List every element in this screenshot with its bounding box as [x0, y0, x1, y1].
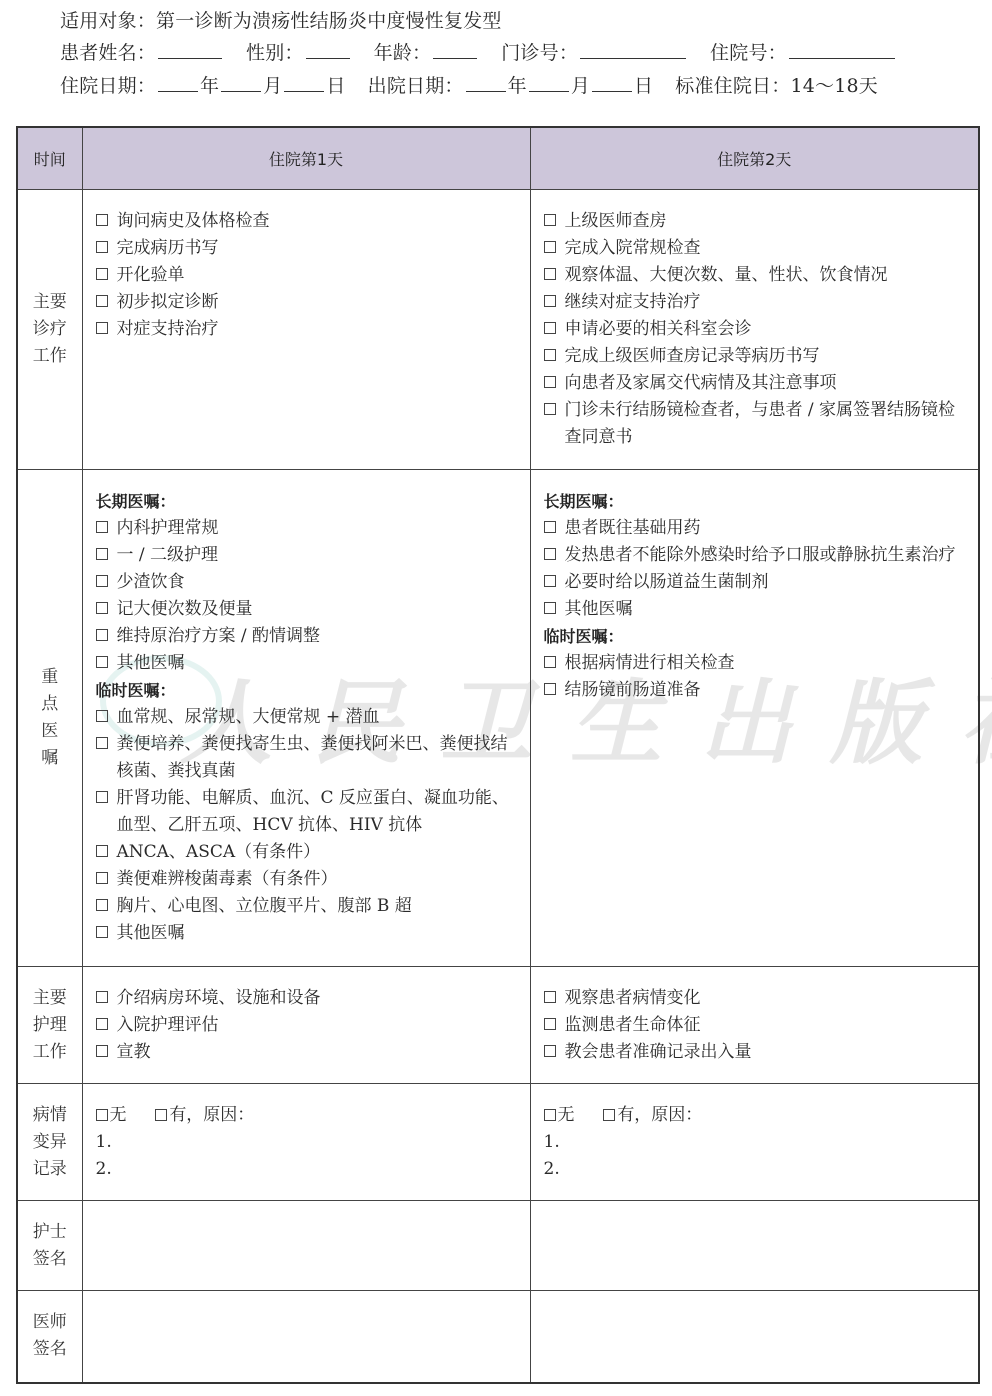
checkbox-none[interactable] [544, 1109, 556, 1121]
clinical-pathway-table: 时间 住院第1天 住院第2天 主要 诊疗 工作 询问病史及体格检查 完成病历书写… [16, 126, 980, 1384]
label-line: 医 [18, 718, 82, 745]
checkbox-icon[interactable] [96, 899, 108, 911]
long-term-orders-title: 长期医嘱： [544, 488, 967, 515]
year-label: 年 [508, 75, 527, 97]
month-label: 月 [571, 75, 590, 97]
checkbox-icon[interactable] [96, 602, 108, 614]
admit-day-field[interactable] [284, 73, 324, 92]
checklist-item[interactable]: 血常规、尿常规、大便常规 + 潜血 [96, 704, 518, 731]
patient-name-label: 患者姓名： [60, 42, 156, 64]
temporary-orders-title: 临时医嘱： [96, 677, 518, 704]
item-label: ANCA、ASCA（有条件） [117, 842, 321, 862]
checkbox-none[interactable] [96, 1109, 108, 1121]
item-label: 少渣饮食 [117, 572, 185, 592]
checklist-item[interactable]: 完成上级医师查房记录等病历书写 [544, 343, 967, 370]
checklist-item[interactable]: 入院护理评估 [96, 1012, 518, 1039]
checklist-item[interactable]: 继续对症支持治疗 [544, 289, 967, 316]
item-label: 完成病历书写 [117, 238, 219, 258]
checklist-item[interactable]: 维持原治疗方案 / 酌情调整 [96, 623, 518, 650]
item-label: 观察患者病情变化 [565, 988, 701, 1008]
none-label: 无 [110, 1105, 127, 1125]
date-info-line: 住院日期：年月日出院日期：年月日标准住院日：14～18天 [60, 73, 878, 99]
item-label: 初步拟定诊断 [117, 292, 219, 312]
row-label-doctor-signature: 医师 签名 [17, 1291, 82, 1383]
admit-year-field[interactable] [158, 73, 198, 92]
checklist-item[interactable]: 记大便次数及便量 [96, 596, 518, 623]
item-label: 介绍病房环境、设施和设备 [117, 988, 321, 1008]
item-label: 其他医嘱 [117, 923, 185, 943]
variance-line-2[interactable]: 2. [96, 1156, 518, 1183]
item-label: 监测患者生命体征 [565, 1015, 701, 1035]
checkbox-icon[interactable] [96, 521, 108, 533]
standard-stay-label: 标准住院日：14～18天 [675, 75, 878, 97]
label-line: 主要 [18, 289, 82, 316]
checkbox-icon[interactable] [96, 214, 108, 226]
inpatient-no-label: 住院号： [710, 42, 787, 64]
checklist-item[interactable]: 结肠镜前肠道准备 [544, 677, 967, 704]
checkbox-icon[interactable] [96, 926, 108, 938]
label-line: 主要 [18, 985, 82, 1012]
label-line: 点 [18, 691, 82, 718]
checklist-item[interactable]: 其他医嘱 [544, 596, 967, 623]
row-nursing: 主要 护理 工作 介绍病房环境、设施和设备 入院护理评估 宣教 观察患者病情变化… [17, 967, 979, 1084]
checkbox-icon[interactable] [544, 403, 556, 415]
item-label: 申请必要的相关科室会诊 [565, 319, 752, 339]
row-label-main-work: 主要 诊疗 工作 [17, 190, 82, 470]
checklist-item[interactable]: 申请必要的相关科室会诊 [544, 316, 967, 343]
label-line: 签名 [18, 1246, 82, 1273]
variance-options: 无 有，原因： [96, 1102, 518, 1129]
checkbox-icon[interactable] [544, 349, 556, 361]
item-label: 一 / 二级护理 [117, 545, 219, 565]
item-label: 询问病史及体格检查 [117, 211, 270, 231]
checklist-item[interactable]: 少渣饮食 [96, 569, 518, 596]
checklist-item[interactable]: 患者既往基础用药 [544, 515, 967, 542]
checkbox-icon[interactable] [96, 710, 108, 722]
key-orders-day1: 长期医嘱： 内科护理常规 一 / 二级护理 少渣饮食 记大便次数及便量 维持原治… [82, 470, 530, 967]
table-header-row: 时间 住院第1天 住院第2天 [17, 127, 979, 190]
item-label: 门诊未行结肠镜检查者，与患者 / 家属签署结肠镜检查同意书 [565, 400, 956, 447]
row-key-orders: 重 点 医 嘱 长期医嘱： 内科护理常规 一 / 二级护理 少渣饮食 记大便次数… [17, 470, 979, 967]
checklist-item[interactable]: 观察体温、大便次数、量、性状、饮食情况 [544, 262, 967, 289]
patient-info-line: 患者姓名：性别：年龄：门诊号：住院号： [60, 40, 897, 66]
inpatient-no-field[interactable] [789, 40, 895, 59]
item-label: 胸片、心电图、立位腹平片、腹部 B 超 [117, 896, 412, 916]
checkbox-icon[interactable] [544, 322, 556, 334]
checklist-item[interactable]: 内科护理常规 [96, 515, 518, 542]
item-label: 内科护理常规 [117, 518, 219, 538]
item-label: 粪便培养、粪便找寄生虫、粪便找阿米巴、粪便找结核菌、粪找真菌 [117, 734, 508, 781]
checklist-item[interactable]: 粪便培养、粪便找寄生虫、粪便找阿米巴、粪便找结核菌、粪找真菌 [96, 731, 518, 785]
label-line: 变异 [18, 1129, 82, 1156]
checklist-item[interactable]: 完成入院常规检查 [544, 235, 967, 262]
item-label: 维持原治疗方案 / 酌情调整 [117, 626, 321, 646]
item-label: 发热患者不能除外感染时给予口服或静脉抗生素治疗 [565, 545, 956, 565]
checkbox-icon[interactable] [96, 1045, 108, 1057]
patient-name-field[interactable] [158, 40, 222, 59]
item-label: 教会患者准确记录出入量 [565, 1042, 752, 1062]
checklist-item[interactable]: 必要时给以肠道益生菌制剂 [544, 569, 967, 596]
item-label: 肝肾功能、电解质、血沉、C 反应蛋白、凝血功能、血型、乙肝五项、HCV 抗体、H… [117, 788, 509, 835]
row-doctor-signature: 医师 签名 [17, 1291, 979, 1383]
long-term-orders-title: 长期医嘱： [96, 488, 518, 515]
label-line: 重 [18, 664, 82, 691]
variance-line-2[interactable]: 2. [544, 1156, 967, 1183]
column-header-day2: 住院第2天 [530, 127, 979, 190]
checkbox-icon[interactable] [96, 991, 108, 1003]
label-line: 医师 [18, 1309, 82, 1336]
row-variance: 病情 变异 记录 无 有，原因： 1. 2. 无 有，原因： [17, 1084, 979, 1201]
label-line: 记录 [18, 1156, 82, 1183]
checkbox-icon[interactable] [544, 376, 556, 388]
column-header-time: 时间 [17, 127, 82, 190]
admit-date-label: 住院日期： [60, 75, 156, 97]
checklist-item[interactable]: 开化验单 [96, 262, 518, 289]
discharge-date-label: 出院日期： [368, 75, 464, 97]
variance-options: 无 有，原因： [544, 1102, 967, 1129]
checkbox-icon[interactable] [544, 241, 556, 253]
applicable-subject: 适用对象：第一诊断为溃疡性结肠炎中度慢性复发型 [60, 8, 502, 34]
checkbox-icon[interactable] [96, 1018, 108, 1030]
label-line: 护士 [18, 1219, 82, 1246]
checkbox-icon[interactable] [544, 1045, 556, 1057]
day-label: 日 [326, 75, 345, 97]
item-label: 开化验单 [117, 265, 185, 285]
day-label: 日 [634, 75, 653, 97]
label-line: 签名 [18, 1336, 82, 1363]
row-main-work: 主要 诊疗 工作 询问病史及体格检查 完成病历书写 开化验单 初步拟定诊断 对症… [17, 190, 979, 470]
checklist-item[interactable]: 其他医嘱 [96, 920, 518, 947]
checklist-item[interactable]: 初步拟定诊断 [96, 289, 518, 316]
checklist-item[interactable]: 门诊未行结肠镜检查者，与患者 / 家属签署结肠镜检查同意书 [544, 397, 967, 451]
checkbox-icon[interactable] [544, 1018, 556, 1030]
checklist-item[interactable]: 观察患者病情变化 [544, 985, 967, 1012]
checkbox-icon[interactable] [96, 791, 108, 803]
column-header-day1: 住院第1天 [82, 127, 530, 190]
checkbox-icon[interactable] [544, 214, 556, 226]
item-label: 其他医嘱 [565, 599, 633, 619]
item-label: 上级医师查房 [565, 211, 667, 231]
item-label: 完成上级医师查房记录等病历书写 [565, 346, 820, 366]
checkbox-icon[interactable] [96, 241, 108, 253]
month-label: 月 [263, 75, 282, 97]
nursing-day2: 观察患者病情变化 监测患者生命体征 教会患者准确记录出入量 [530, 967, 979, 1084]
checklist-item[interactable]: 教会患者准确记录出入量 [544, 1039, 967, 1066]
label-line: 护理 [18, 1012, 82, 1039]
checkbox-icon[interactable] [96, 268, 108, 280]
item-label: 根据病情进行相关检查 [565, 653, 735, 673]
item-label: 结肠镜前肠道准备 [565, 680, 701, 700]
checklist-item[interactable]: 其他医嘱 [96, 650, 518, 677]
sex-field[interactable] [306, 40, 350, 59]
row-label-nurse-signature: 护士 签名 [17, 1201, 82, 1291]
nursing-day1: 介绍病房环境、设施和设备 入院护理评估 宣教 [82, 967, 530, 1084]
checkbox-icon[interactable] [544, 656, 556, 668]
checklist-item[interactable]: 一 / 二级护理 [96, 542, 518, 569]
checkbox-icon[interactable] [96, 737, 108, 749]
checklist-item[interactable]: 向患者及家属交代病情及其注意事项 [544, 370, 967, 397]
label-line: 病情 [18, 1102, 82, 1129]
yes-reason-label: 有，原因： [169, 1105, 254, 1125]
checkbox-icon[interactable] [96, 548, 108, 560]
checklist-item[interactable]: ANCA、ASCA（有条件） [96, 839, 518, 866]
checkbox-icon[interactable] [544, 548, 556, 560]
label-line: 工作 [18, 343, 82, 370]
nurse-signature-day1[interactable] [82, 1201, 530, 1291]
variance-day2: 无 有，原因： 1. 2. [530, 1084, 979, 1201]
checklist-item[interactable]: 监测患者生命体征 [544, 1012, 967, 1039]
variance-day1: 无 有，原因： 1. 2. [82, 1084, 530, 1201]
checkbox-icon[interactable] [544, 575, 556, 587]
discharge-year-field[interactable] [466, 73, 506, 92]
checklist-item[interactable]: 上级医师查房 [544, 208, 967, 235]
checkbox-icon[interactable] [544, 991, 556, 1003]
item-label: 粪便难辨梭菌毒素（有条件） [117, 869, 338, 889]
label-line: 嘱 [18, 745, 82, 772]
checklist-item[interactable]: 完成病历书写 [96, 235, 518, 262]
checkbox-icon[interactable] [96, 295, 108, 307]
key-orders-day2: 长期医嘱： 患者既往基础用药 发热患者不能除外感染时给予口服或静脉抗生素治疗 必… [530, 470, 979, 967]
checkbox-icon[interactable] [96, 575, 108, 587]
item-label: 完成入院常规检查 [565, 238, 701, 258]
row-label-variance: 病情 变异 记录 [17, 1084, 82, 1201]
main-work-day1: 询问病史及体格检查 完成病历书写 开化验单 初步拟定诊断 对症支持治疗 [82, 190, 530, 470]
checkbox-yes[interactable] [155, 1109, 167, 1121]
item-label: 血常规、尿常规、大便常规 + 潜血 [117, 707, 380, 727]
none-label: 无 [558, 1105, 575, 1125]
variance-line-1[interactable]: 1. [96, 1129, 518, 1156]
label-line: 工作 [18, 1039, 82, 1066]
checklist-item[interactable]: 肝肾功能、电解质、血沉、C 反应蛋白、凝血功能、血型、乙肝五项、HCV 抗体、H… [96, 785, 518, 839]
admit-month-field[interactable] [221, 73, 261, 92]
temporary-orders-title: 临时医嘱： [544, 623, 967, 650]
variance-line-1[interactable]: 1. [544, 1129, 967, 1156]
yes-reason-label: 有，原因： [617, 1105, 702, 1125]
outpatient-no-label: 门诊号： [501, 42, 578, 64]
item-label: 对症支持治疗 [117, 319, 219, 339]
checkbox-icon[interactable] [96, 872, 108, 884]
checklist-item[interactable]: 介绍病房环境、设施和设备 [96, 985, 518, 1012]
checkbox-icon[interactable] [544, 295, 556, 307]
doctor-signature-day1[interactable] [82, 1291, 530, 1383]
row-nurse-signature: 护士 签名 [17, 1201, 979, 1291]
checklist-item[interactable]: 粪便难辨梭菌毒素（有条件） [96, 866, 518, 893]
row-label-nursing: 主要 护理 工作 [17, 967, 82, 1084]
checkbox-icon[interactable] [96, 845, 108, 857]
nurse-signature-day2[interactable] [530, 1201, 979, 1291]
item-label: 其他医嘱 [117, 653, 185, 673]
checkbox-icon[interactable] [96, 656, 108, 668]
item-label: 患者既往基础用药 [565, 518, 701, 538]
checklist-item[interactable]: 对症支持治疗 [96, 316, 518, 343]
item-label: 向患者及家属交代病情及其注意事项 [565, 373, 837, 393]
item-label: 继续对症支持治疗 [565, 292, 701, 312]
checklist-item[interactable]: 询问病史及体格检查 [96, 208, 518, 235]
checkbox-icon[interactable] [544, 521, 556, 533]
sex-label: 性别： [246, 42, 304, 64]
item-label: 记大便次数及便量 [117, 599, 253, 619]
row-label-key-orders: 重 点 医 嘱 [17, 470, 82, 967]
doctor-signature-day2[interactable] [530, 1291, 979, 1383]
item-label: 观察体温、大便次数、量、性状、饮食情况 [565, 265, 888, 285]
checklist-item[interactable]: 胸片、心电图、立位腹平片、腹部 B 超 [96, 893, 518, 920]
checkbox-icon[interactable] [544, 683, 556, 695]
checkbox-icon[interactable] [544, 602, 556, 614]
checkbox-icon[interactable] [544, 268, 556, 280]
checklist-item[interactable]: 宣教 [96, 1039, 518, 1066]
year-label: 年 [200, 75, 219, 97]
age-label: 年龄： [374, 42, 432, 64]
checklist-item[interactable]: 发热患者不能除外感染时给予口服或静脉抗生素治疗 [544, 542, 967, 569]
outpatient-no-field[interactable] [580, 40, 686, 59]
age-field[interactable] [433, 40, 477, 59]
item-label: 必要时给以肠道益生菌制剂 [565, 572, 769, 592]
checklist-item[interactable]: 根据病情进行相关检查 [544, 650, 967, 677]
item-label: 宣教 [117, 1042, 151, 1062]
checkbox-yes[interactable] [603, 1109, 615, 1121]
discharge-day-field[interactable] [592, 73, 632, 92]
item-label: 入院护理评估 [117, 1015, 219, 1035]
checkbox-icon[interactable] [96, 322, 108, 334]
checkbox-icon[interactable] [96, 629, 108, 641]
discharge-month-field[interactable] [529, 73, 569, 92]
main-work-day2: 上级医师查房 完成入院常规检查 观察体温、大便次数、量、性状、饮食情况 继续对症… [530, 190, 979, 470]
label-line: 诊疗 [18, 316, 82, 343]
